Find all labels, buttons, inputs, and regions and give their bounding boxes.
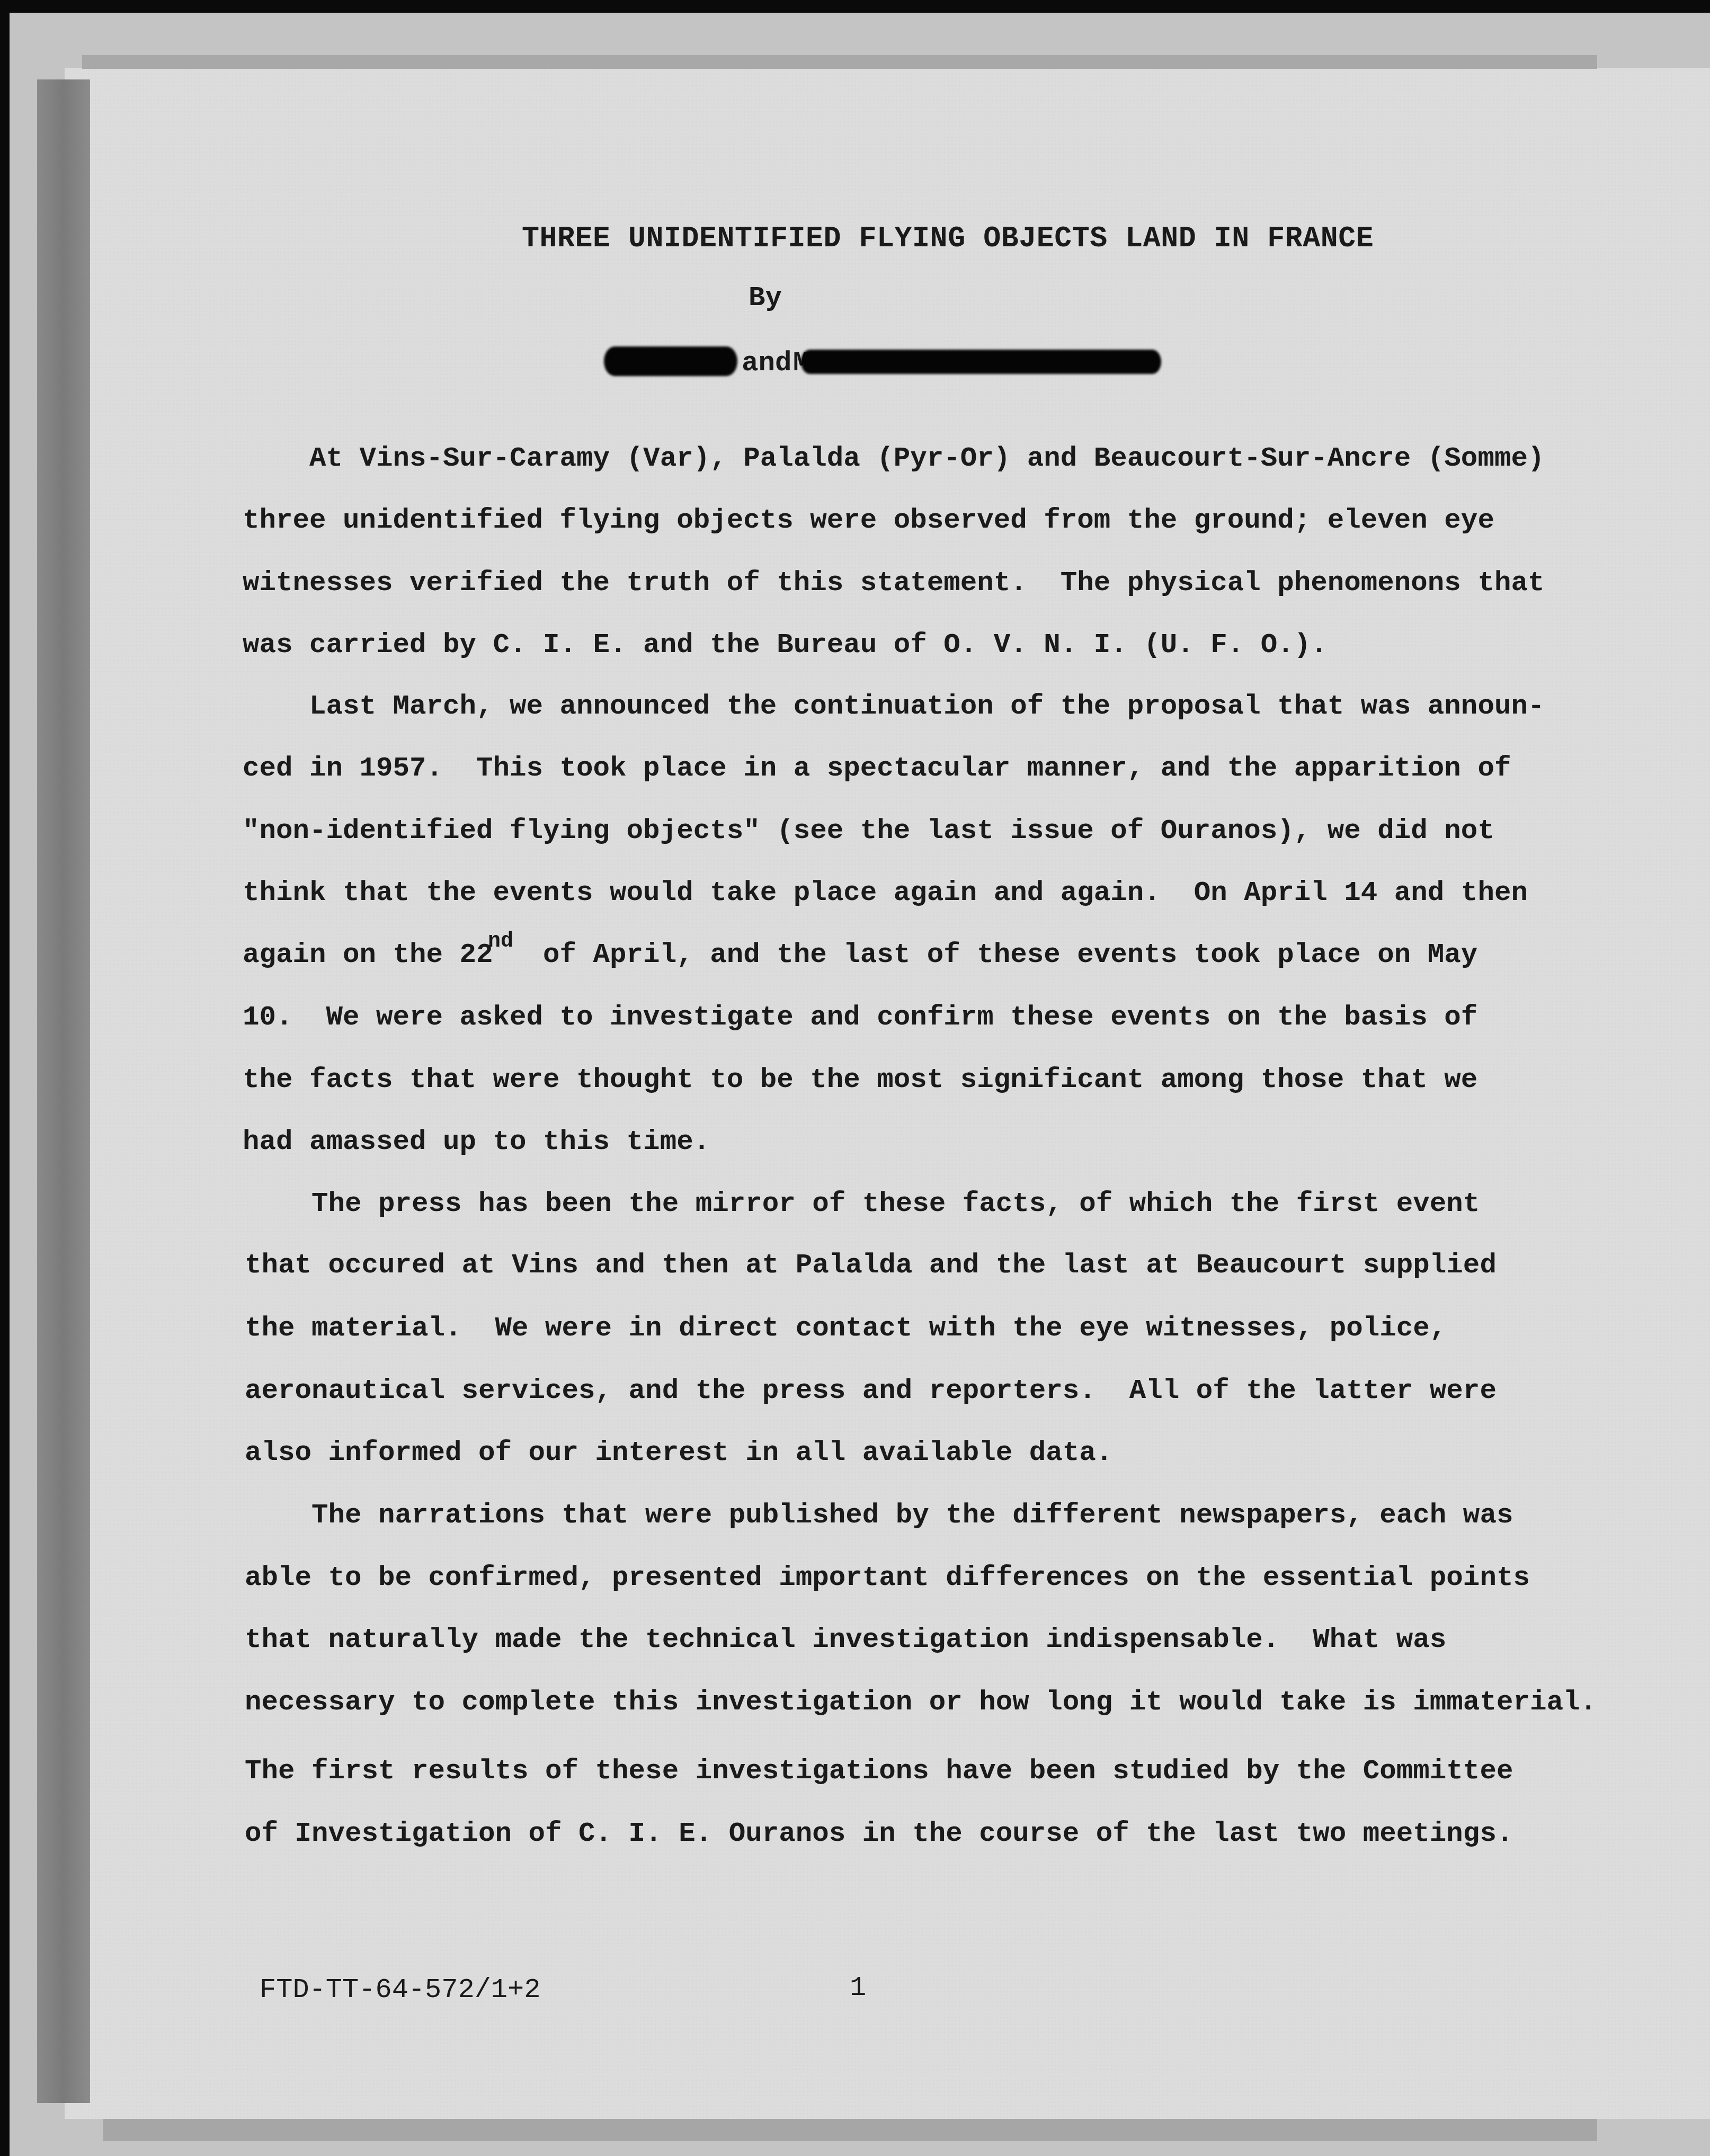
body-line: the facts that were thought to be the mo… [243,1066,1477,1094]
body-line: necessary to complete this investigation… [245,1688,1597,1716]
body-line: the material. We were in direct contact … [245,1314,1446,1342]
body-line: again on the 22 of April, and the last o… [243,941,1477,969]
body-line: that naturally made the technical invest… [245,1626,1446,1654]
body-line: witnesses verified the truth of this sta… [243,569,1544,597]
scan-edge-shadow-bottom [103,2119,1597,2141]
body-line: think that the events would take place a… [243,879,1528,907]
body-line: had amassed up to this time. [243,1128,710,1156]
document-title: THREE UNIDENTIFIED FLYING OBJECTS LAND I… [522,224,1374,253]
body-line: The press has been the mirror of these f… [245,1190,1480,1218]
body-line: also informed of our interest in all ava… [245,1439,1112,1467]
body-line: of Investigation of C. I. E. Ouranos in … [245,1820,1513,1848]
document-number: FTD-TT-64-572/1+2 [260,1976,541,2004]
byline-label: By [749,284,782,312]
ordinal-superscript: nd [488,930,513,954]
author-conjunction: and [742,349,792,377]
redaction-author-1 [604,346,737,376]
body-line: aeronautical services, and the press and… [245,1377,1497,1405]
body-line: three unidentified flying objects were o… [243,506,1494,534]
redaction-author-2 [801,350,1161,374]
body-line: 10. We were asked to investigate and con… [243,1003,1477,1031]
body-line: "non-identified flying objects" (see the… [243,817,1494,845]
body-line: able to be confirmed, presented importan… [245,1564,1530,1592]
body-line: that occured at Vins and then at Palalda… [245,1251,1497,1279]
page-number: 1 [850,1974,866,2002]
body-line: The first results of these investigation… [245,1757,1513,1785]
body-line: The narrations that were published by th… [245,1501,1513,1529]
body-line: ced in 1957. This took place in a specta… [243,754,1511,782]
body-line: Last March, we announced the continuatio… [243,692,1544,720]
body-line: At Vins-Sur-Caramy (Var), Palalda (Pyr-O… [243,444,1544,473]
body-line: was carried by C. I. E. and the Bureau o… [243,631,1328,659]
scan-edge-shadow-top [82,55,1597,69]
scan-edge-shadow-left [37,79,90,2103]
